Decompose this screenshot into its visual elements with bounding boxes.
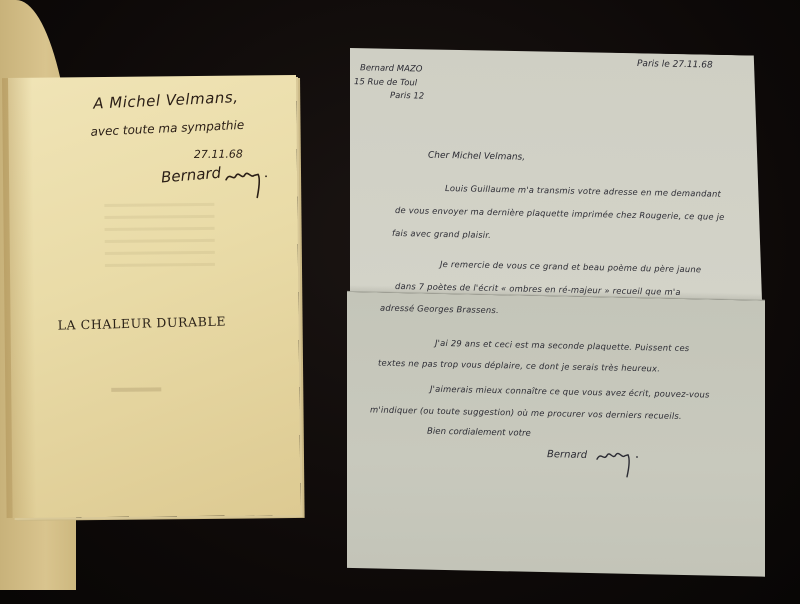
signature-flourish-icon xyxy=(224,165,272,200)
book-title-page: A Michel Velmans, avec toute ma sympathi… xyxy=(8,75,301,518)
handwritten-letter: Bernard MAZO 15 Rue de Toul Paris 12 Par… xyxy=(350,47,762,604)
inscription-line-2: avec toute ma sympathie xyxy=(90,118,244,139)
faint-printed-text xyxy=(104,194,215,276)
letter-greeting: Cher Michel Velmans, xyxy=(428,151,525,163)
sender-street: 15 Rue de Toul xyxy=(354,77,417,88)
publisher-imprint xyxy=(111,387,161,392)
inscription-date: 27.11.68 xyxy=(194,148,243,162)
letter-signature: Bernard xyxy=(547,449,587,461)
inscription-signature: Bernard xyxy=(160,164,221,187)
signature-flourish-icon xyxy=(595,443,643,478)
letter-line: fais avec grand plaisir. xyxy=(392,228,491,240)
letter-closing: Bien cordialement votre xyxy=(427,427,531,439)
sender-city: Paris 12 xyxy=(390,91,424,102)
photo-scene: A Michel Velmans, avec toute ma sympathi… xyxy=(0,0,800,604)
inscription-line-1: A Michel Velmans, xyxy=(93,88,239,113)
book-title: LA CHALEUR DURABLE xyxy=(57,314,226,333)
sender-name: Bernard MAZO xyxy=(360,63,422,74)
letter-place-date: Paris le 27.11.68 xyxy=(637,59,713,71)
letter-lower-fold xyxy=(347,291,765,577)
